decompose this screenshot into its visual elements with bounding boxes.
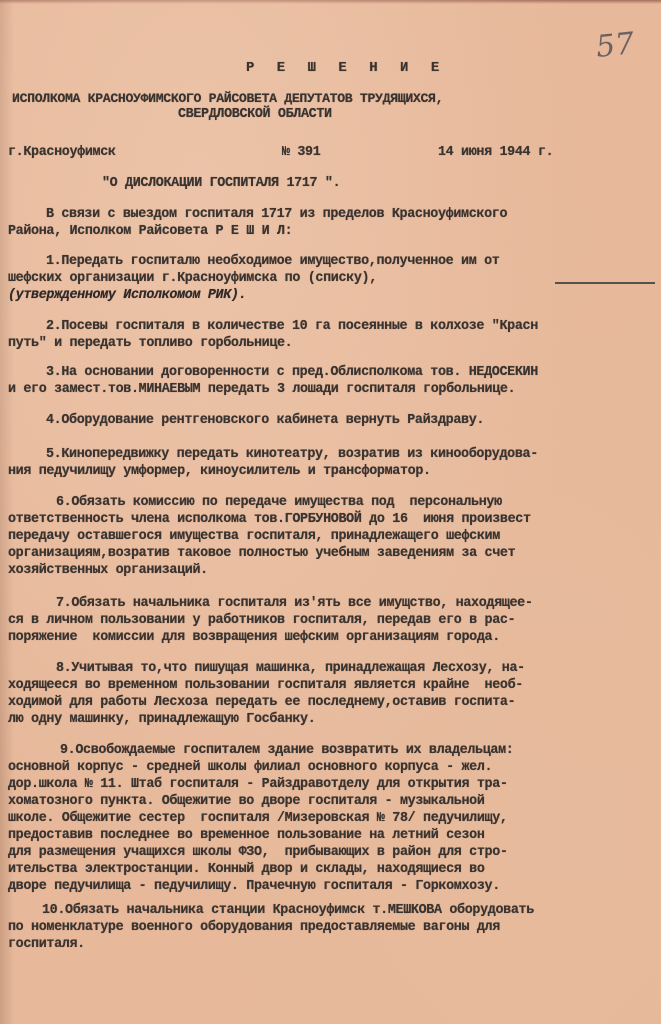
struck-text: (утвержденному Исполкомом РИК). (8, 287, 246, 304)
item-line: школе. Общежитие сестер госпиталя /Мизер… (8, 810, 508, 827)
blank-underline (555, 282, 655, 284)
document-subject: "О ДИСЛОКАЦИИ ГОСПИТАЛЯ 1717 ". (102, 175, 340, 192)
item-line: по номенклатуре военного оборудования пр… (8, 919, 500, 936)
document-place: г.Красноуфимск (8, 144, 116, 161)
item-line: основной корпус - средней школы филиал о… (8, 759, 492, 776)
item-line: организациям,возратив таковое полностью … (8, 545, 515, 562)
document-title: Р Е Ш Е Н И Е (246, 60, 446, 77)
item-line: 3.На основании договоренности с пред.Обл… (46, 364, 538, 381)
item-line: 9.Освобождаемые госпиталем здание возвра… (60, 742, 513, 759)
folio-number: 57 (594, 26, 636, 65)
item-line: шефских организации г.Красноуфимска по (… (8, 270, 377, 287)
item-line: ходящееся во временном пользовании госпи… (8, 677, 523, 694)
document-date: 14 июня 1944 г. (438, 144, 553, 161)
issuer-line-1: ИСПОЛКОМА КРАСНОУФИМСКОГО РАЙСОВЕТА ДЕПУ… (12, 90, 443, 107)
item-line: хозяйственных организаций. (8, 562, 208, 579)
item-line: ходимой для работы Лесхоза передать ее п… (8, 694, 515, 711)
preamble-line: В связи с выездом госпиталя 1717 из пред… (46, 206, 507, 223)
archival-document-page: 57 Р Е Ш Е Н И Е ИСПОЛКОМА КРАСНОУФИМСКО… (0, 0, 661, 1024)
issuer-line-2: СВЕРДЛОВСКОЙ ОБЛАСТИ (178, 106, 332, 123)
item-line: хоматозного пункта. Общежитие во дворе г… (8, 793, 485, 810)
item-line: передачу оставшегося имущества госпиталя… (8, 528, 500, 545)
item-line: 4.Оборудование рентгеновского кабинета в… (46, 412, 484, 429)
item-line: 6.Обязать комиссию по передаче имущества… (56, 494, 502, 511)
item-line: 10.Обязать начальника станции Красноуфим… (42, 902, 534, 919)
item-line: 8.Учитывая то,что пишущая машинка, прина… (56, 660, 525, 677)
item-line: для размещения учащихся школы ФЗО, прибы… (8, 844, 508, 861)
item-line: поряжение комиссии для возвращения шефск… (8, 629, 500, 646)
item-line: дор.школа № 11. Штаб госпиталя - Райздра… (8, 776, 508, 793)
item-line: госпиталя. (8, 936, 85, 953)
item-line: ся в личном пользовании у работников гос… (8, 612, 515, 629)
item-line: 2.Посевы госпиталя в количестве 10 га по… (46, 318, 538, 335)
item-line: 5.Кинопередвижку передать кинотеатру, во… (46, 446, 538, 463)
document-number: № 391 (282, 144, 320, 161)
item-line: ительства электростанции. Конный двор и … (8, 861, 485, 878)
item-line: предоставив последнее во временное польз… (8, 827, 485, 844)
item-line: лю одну машинку, принадлежащую Госбанку. (8, 711, 315, 728)
preamble-line: Района, Исполком Райсовета Р Е Ш И Л: (8, 223, 292, 240)
item-line: 1.Передать госпиталю необходимое имущест… (46, 253, 499, 270)
item-line: путь" и передать топливо горбольнице. (8, 335, 292, 352)
item-line: ния педучилищу умформер, киноусилитель и… (8, 463, 431, 480)
item-line: ответственность члена исполкома тов.ГОРБ… (8, 511, 531, 528)
item-line: и его замест.тов.МИНАЕВЫМ передать 3 лош… (8, 381, 515, 398)
item-line: 7.Обязать начальника госпиталя из'ять вс… (56, 595, 533, 612)
item-line: дворе педучилища - педучилищу. Прачечную… (8, 878, 500, 895)
